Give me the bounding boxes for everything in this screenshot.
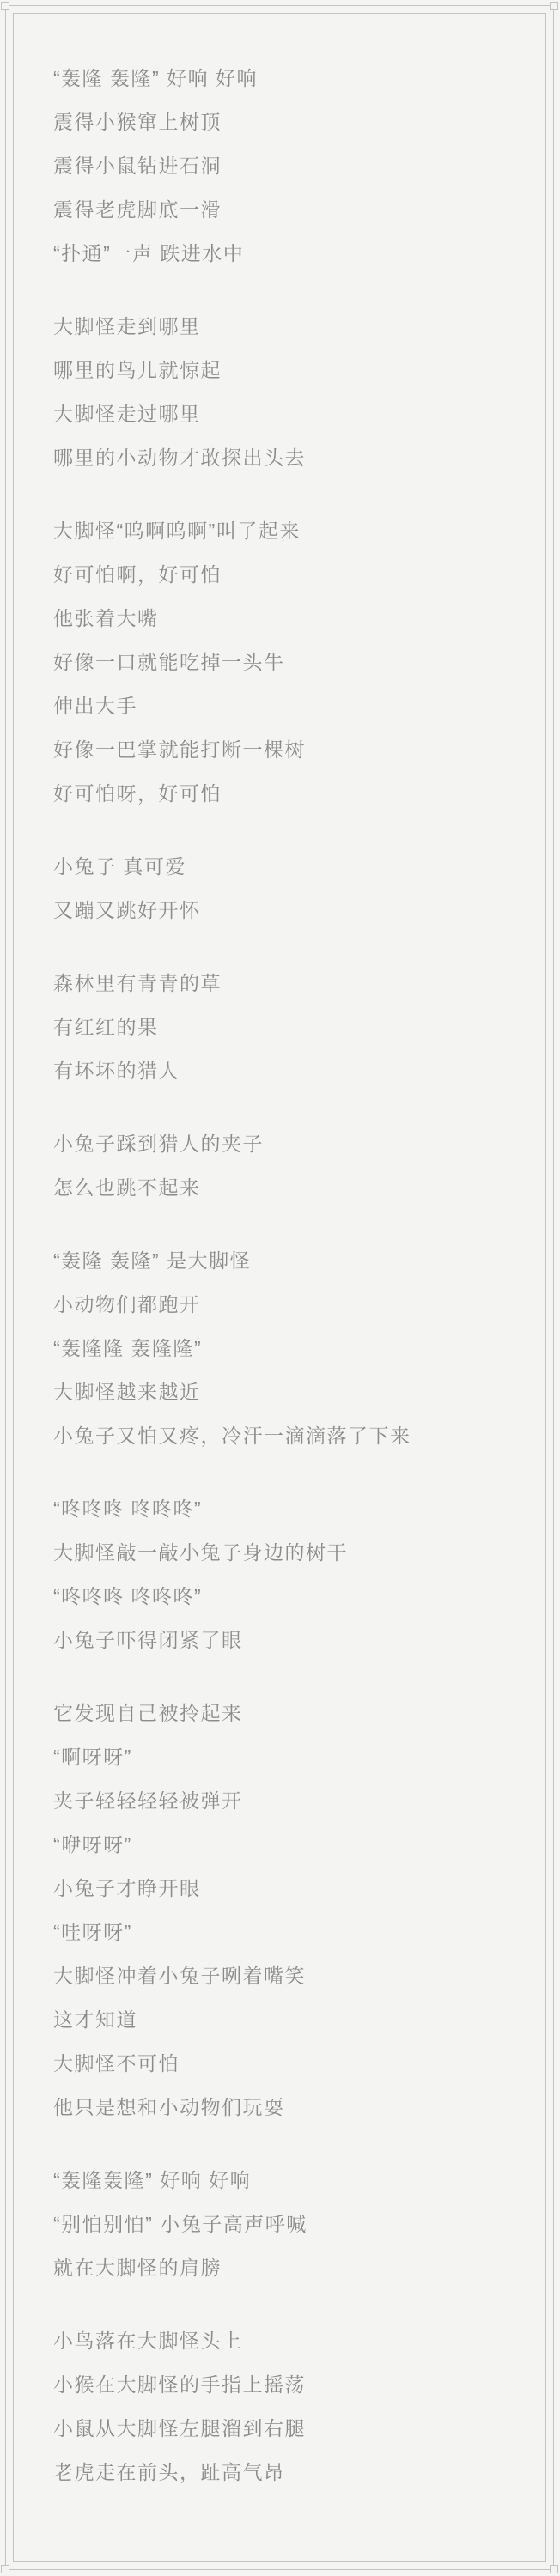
poem-line: “哇呀呀” bbox=[53, 1911, 534, 1954]
story-page: “轰隆 轰隆” 好响 好响 震得小猴窜上树顶 震得小鼠钻进石洞 震得老虎脚底一滑… bbox=[0, 0, 560, 2576]
stanza: 大脚怪走到哪里 哪里的鸟儿就惊起 大脚怪走过哪里 哪里的小动物才敢探出头去 bbox=[53, 305, 534, 480]
stanza: “轰隆 轰隆” 是大脚怪 小动物们都跑开 “轰隆隆 轰隆隆” 大脚怪越来越近 小… bbox=[53, 1239, 534, 1458]
poem-line: 他只是想和小动物们玩耍 bbox=[53, 2086, 534, 2129]
poem-line: 夹子轻轻轻轻被弹开 bbox=[53, 1779, 534, 1823]
stanza: 小鸟落在大脚怪头上 小猴在大脚怪的手指上摇荡 小鼠从大脚怪左腿溜到右腿 老虎走在… bbox=[53, 2319, 534, 2494]
poem-line: 好可怕呀，好可怕 bbox=[53, 772, 534, 816]
poem-line: “咿呀呀” bbox=[53, 1823, 534, 1867]
poem-line: “啊呀呀” bbox=[53, 1735, 534, 1779]
poem-line: 震得老虎脚底一滑 bbox=[53, 188, 534, 232]
poem-line: 大脚怪“呜啊呜啊”叫了起来 bbox=[53, 509, 534, 553]
stanza: 森林里有青青的草 有红红的果 有坏坏的猎人 bbox=[53, 962, 534, 1093]
poem-line: 大脚怪敲一敲小兔子身边的树干 bbox=[53, 1531, 534, 1575]
stanza: 小兔子 真可爱 又蹦又跳好开怀 bbox=[53, 845, 534, 933]
poem-line: “轰隆隆 轰隆隆” bbox=[53, 1327, 534, 1370]
poem-line: 伸出大手 bbox=[53, 684, 534, 728]
poem-body: “轰隆 轰隆” 好响 好响 震得小猴窜上树顶 震得小鼠钻进石洞 震得老虎脚底一滑… bbox=[0, 0, 560, 2576]
poem-line: 就在大脚怪的肩膀 bbox=[53, 2246, 534, 2290]
poem-line: 大脚怪冲着小兔子咧着嘴笑 bbox=[53, 1954, 534, 1998]
poem-line: 大脚怪走过哪里 bbox=[53, 392, 534, 436]
poem-line: 小兔子吓得闭紧了眼 bbox=[53, 1619, 534, 1662]
poem-line: “轰隆 轰隆” 好响 好响 bbox=[53, 57, 534, 100]
poem-line: 哪里的鸟儿就惊起 bbox=[53, 349, 534, 392]
poem-line: 又蹦又跳好开怀 bbox=[53, 889, 534, 933]
poem-line: “别怕别怕” 小兔子高声呼喊 bbox=[53, 2202, 534, 2246]
stanza: 大脚怪“呜啊呜啊”叫了起来 好可怕啊，好可怕 他张着大嘴 好像一口就能吃掉一头牛… bbox=[53, 509, 534, 816]
poem-line: 他张着大嘴 bbox=[53, 597, 534, 641]
poem-line: 小兔子 真可爱 bbox=[53, 845, 534, 889]
poem-line: 这才知道 bbox=[53, 1998, 534, 2042]
poem-line: 怎么也跳不起来 bbox=[53, 1166, 534, 1210]
poem-line: 震得小鼠钻进石洞 bbox=[53, 144, 534, 188]
stanza: “轰隆轰隆” 好响 好响 “别怕别怕” 小兔子高声呼喊 就在大脚怪的肩膀 bbox=[53, 2159, 534, 2290]
stanza: “轰隆 轰隆” 好响 好响 震得小猴窜上树顶 震得小鼠钻进石洞 震得老虎脚底一滑… bbox=[53, 57, 534, 276]
poem-line: “轰隆 轰隆” 是大脚怪 bbox=[53, 1239, 534, 1283]
poem-line: 好像一口就能吃掉一头牛 bbox=[53, 641, 534, 684]
poem-line: 小兔子才睁开眼 bbox=[53, 1867, 534, 1911]
poem-line: 震得小猴窜上树顶 bbox=[53, 100, 534, 144]
poem-line: 小兔子又怕又疼，冷汗一滴滴落了下来 bbox=[53, 1414, 534, 1458]
poem-line: “轰隆轰隆” 好响 好响 bbox=[53, 2159, 534, 2202]
poem-line: 它发现自己被拎起来 bbox=[53, 1692, 534, 1735]
poem-line: 小兔子踩到猎人的夹子 bbox=[53, 1122, 534, 1166]
poem-line: 森林里有青青的草 bbox=[53, 962, 534, 1005]
poem-line: 小鸟落在大脚怪头上 bbox=[53, 2319, 534, 2363]
stanza: 小兔子踩到猎人的夹子 怎么也跳不起来 bbox=[53, 1122, 534, 1210]
poem-line: “咚咚咚 咚咚咚” bbox=[53, 1487, 534, 1531]
poem-line: 大脚怪不可怕 bbox=[53, 2042, 534, 2086]
poem-line: 哪里的小动物才敢探出头去 bbox=[53, 436, 534, 480]
poem-line: “扑通”一声 跌进水中 bbox=[53, 232, 534, 276]
poem-line: 有坏坏的猎人 bbox=[53, 1049, 534, 1093]
poem-line: “咚咚咚 咚咚咚” bbox=[53, 1575, 534, 1619]
poem-line: 大脚怪越来越近 bbox=[53, 1370, 534, 1414]
stanza: 它发现自己被拎起来 “啊呀呀” 夹子轻轻轻轻被弹开 “咿呀呀” 小兔子才睁开眼 … bbox=[53, 1692, 534, 2129]
poem-line: 小鼠从大脚怪左腿溜到右腿 bbox=[53, 2407, 534, 2451]
poem-line: 老虎走在前头，趾高气昂 bbox=[53, 2451, 534, 2494]
poem-line: 有红红的果 bbox=[53, 1005, 534, 1049]
poem-line: 好可怕啊，好可怕 bbox=[53, 553, 534, 597]
poem-line: 大脚怪走到哪里 bbox=[53, 305, 534, 349]
poem-line: 好像一巴掌就能打断一棵树 bbox=[53, 728, 534, 772]
poem-line: 小猴在大脚怪的手指上摇荡 bbox=[53, 2363, 534, 2407]
stanza: “咚咚咚 咚咚咚” 大脚怪敲一敲小兔子身边的树干 “咚咚咚 咚咚咚” 小兔子吓得… bbox=[53, 1487, 534, 1662]
poem-line: 小动物们都跑开 bbox=[53, 1283, 534, 1327]
